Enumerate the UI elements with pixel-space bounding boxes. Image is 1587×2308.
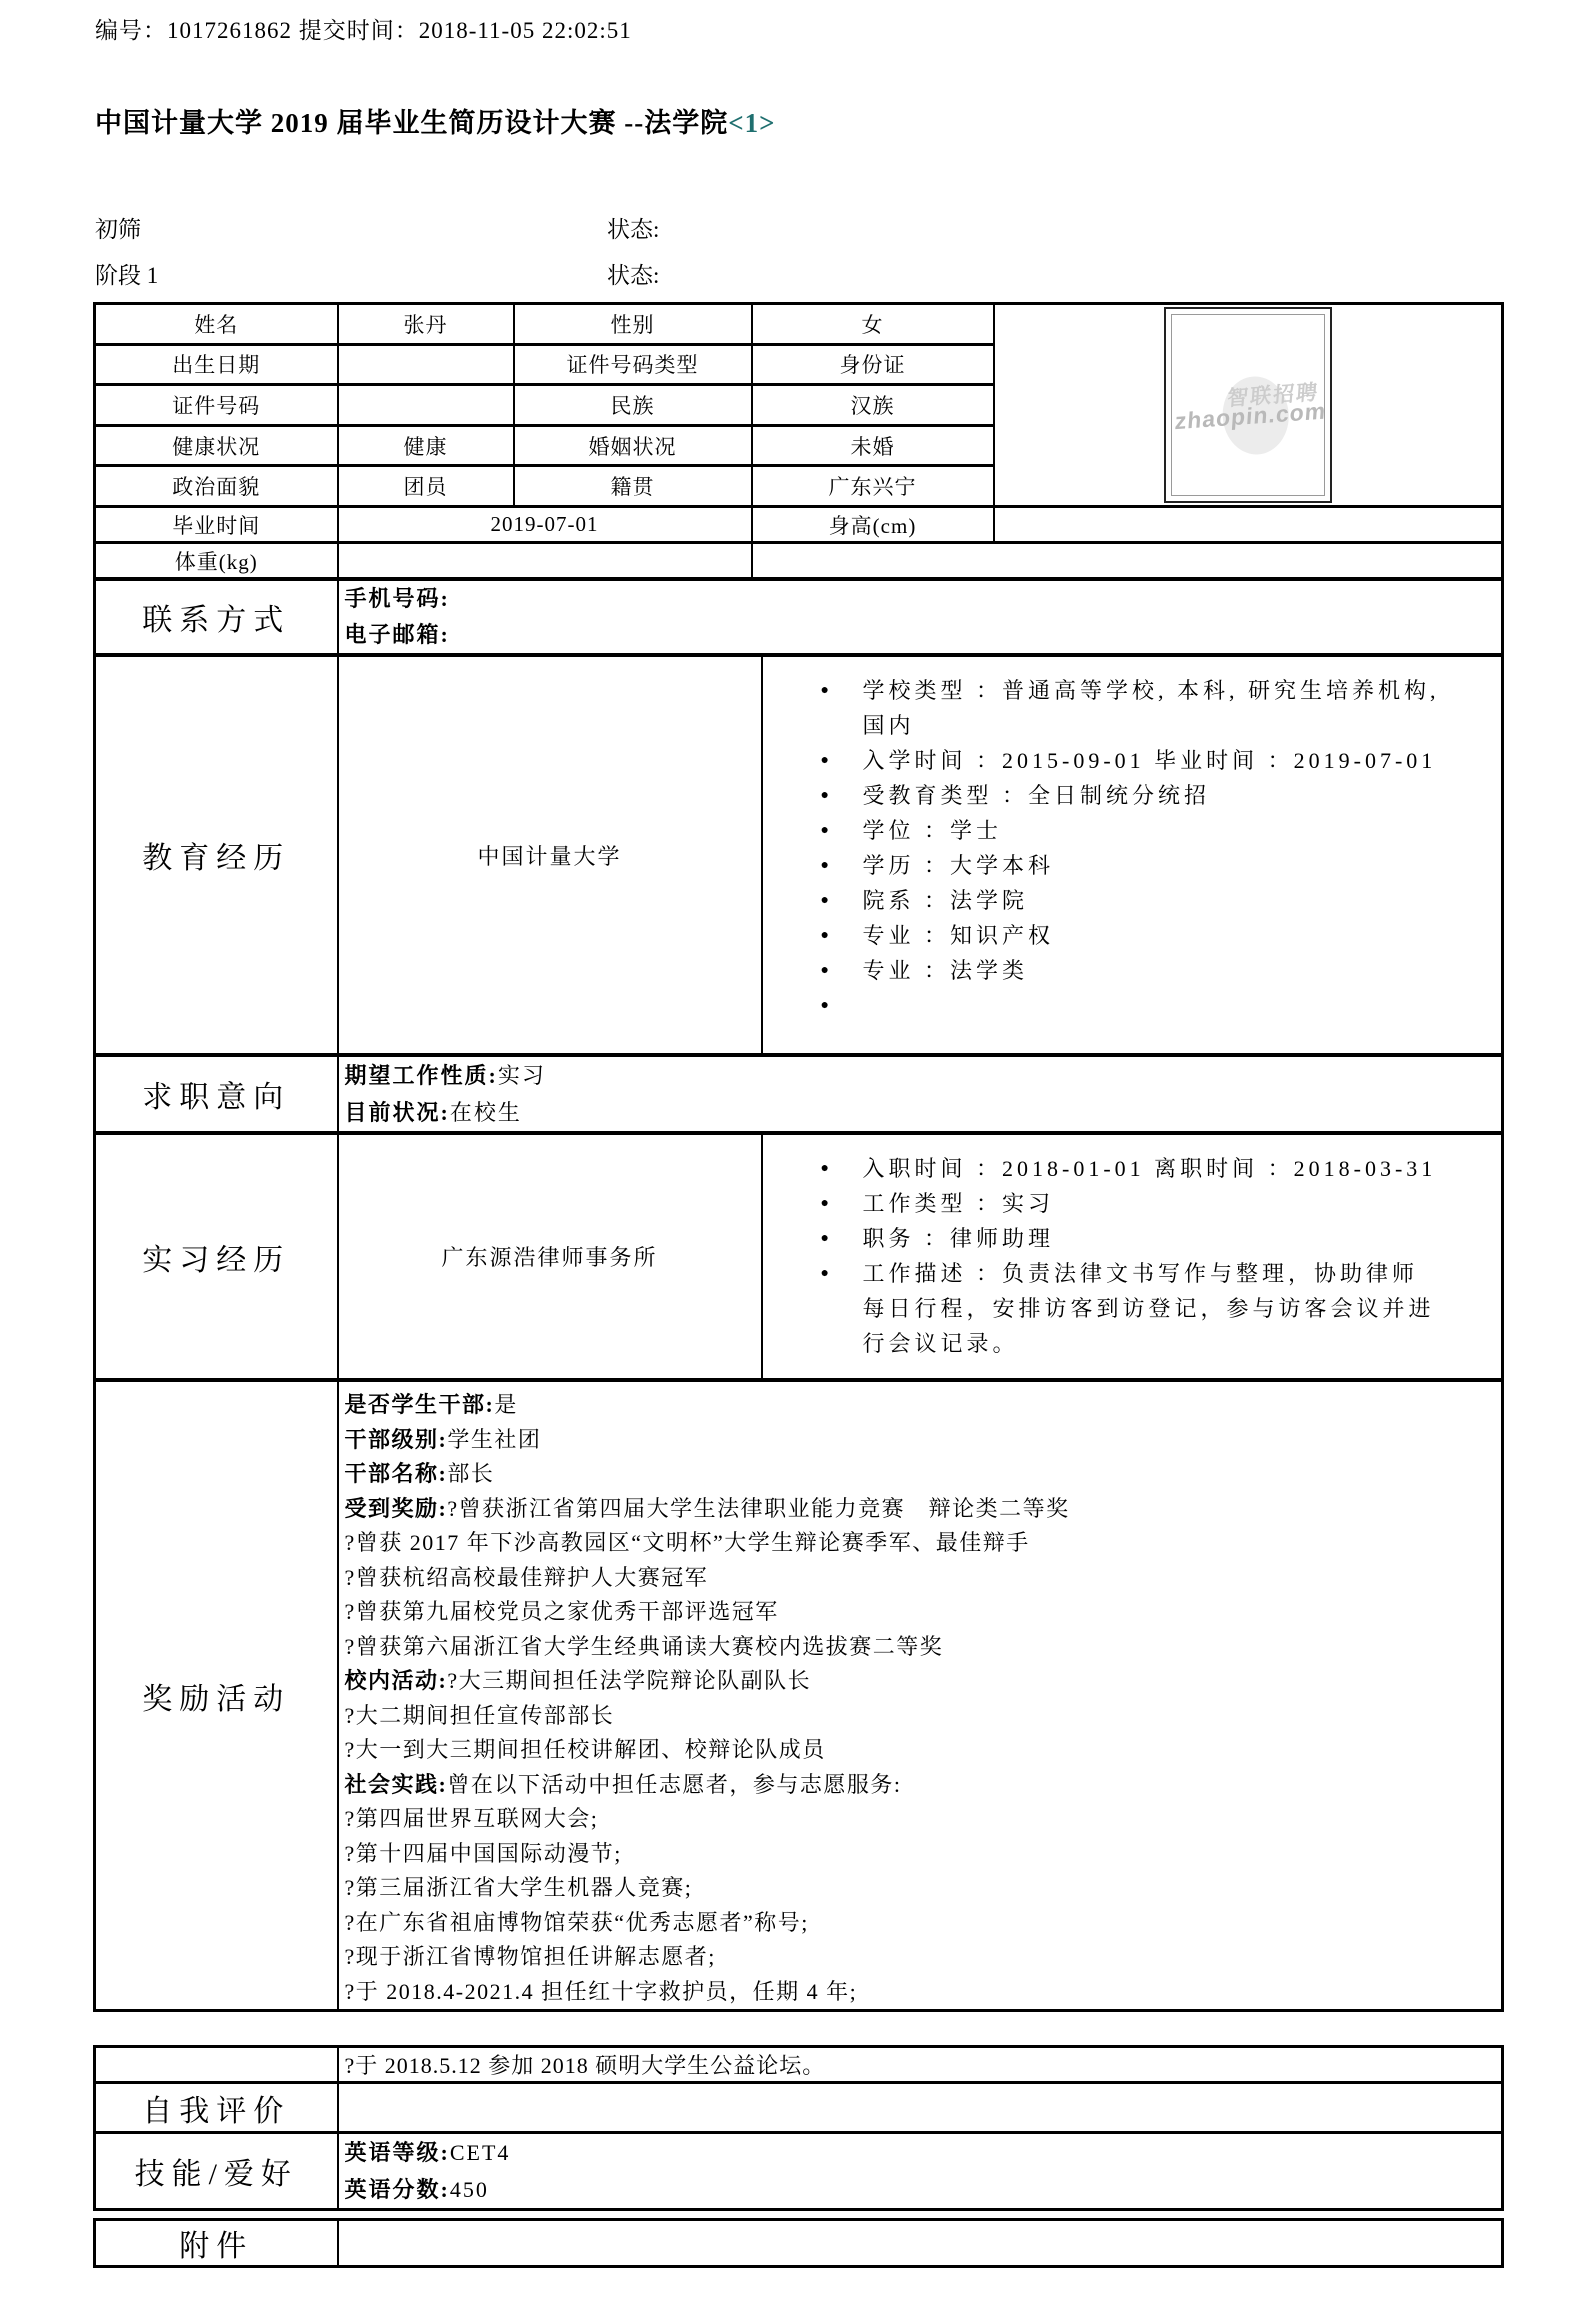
summary-table: ?于 2018.5.12 参加 2018 硕明大学生公益论坛。 自我评价 技能/… bbox=[93, 2045, 1504, 2211]
politics-value: 团员 bbox=[338, 466, 514, 507]
ethnic-label: 民族 bbox=[514, 385, 752, 426]
education-details-cell: 学校类型 ：普通高等学校, 本科, 研究生培养机构, 国内 入学时间 ：2015… bbox=[762, 656, 1503, 1055]
grad-label: 毕业时间 bbox=[95, 507, 338, 543]
list-item: 职务 ：律师助理 bbox=[763, 1221, 1502, 1256]
height-label: 身高(cm) bbox=[752, 507, 994, 543]
table-row: 姓名 张丹 性别 女 智联招聘 zhaopin.com bbox=[95, 304, 1503, 345]
awards-line-text: ?现于浙江省博物馆担任讲解志愿者; bbox=[345, 1944, 716, 1969]
list-item: 院系 ：法学院 bbox=[763, 883, 1502, 918]
education-school: 中国计量大学 bbox=[338, 656, 762, 1055]
intention-section-label: 求职意向 bbox=[95, 1056, 338, 1133]
list-item: 专业 ：知识产权 bbox=[763, 918, 1502, 953]
round2-label: 阶段 1 bbox=[95, 257, 607, 290]
marriage-label: 婚姻状况 bbox=[514, 425, 752, 466]
round1-status: 状态: bbox=[607, 211, 659, 244]
status-row-1: 初筛 状态: bbox=[95, 204, 1587, 250]
weight-extra-cell bbox=[752, 543, 1503, 579]
awards-line-text: ?第四届世界互联网大会; bbox=[345, 1806, 599, 1831]
personal-info-table: 姓名 张丹 性别 女 智联招聘 zhaopin.com 出生日期 证件号码类型 … bbox=[93, 302, 1504, 580]
awards-line: ?现于浙江省博物馆担任讲解志愿者; bbox=[345, 1940, 1496, 1975]
awards-line: ?曾获杭绍高校最佳辩护人大赛冠军 bbox=[345, 1561, 1496, 1596]
awards-line: ?第十四届中国国际动漫节; bbox=[345, 1837, 1496, 1872]
internship-section-label: 实习经历 bbox=[95, 1134, 338, 1380]
awards-line: 干部级别:学生社团 bbox=[345, 1423, 1496, 1458]
zhaopin-watermark: 智联招聘 zhaopin.com bbox=[1171, 375, 1325, 434]
awards-line: ?大二期间担任宣传部部长 bbox=[345, 1699, 1496, 1734]
awards-continuation-text: ?于 2018.5.12 参加 2018 硕明大学生公益论坛。 bbox=[338, 2047, 1503, 2083]
skills-section-label: 技能/爱好 bbox=[95, 2133, 338, 2210]
awards-line: ?曾获 2017 年下沙高教园区“文明杯”大学生辩论赛季军、最佳辩手 bbox=[345, 1526, 1496, 1561]
continuation-empty-cell bbox=[95, 2047, 338, 2083]
list-item bbox=[763, 988, 1502, 1023]
list-item: 工作类型 ：实习 bbox=[763, 1186, 1502, 1221]
skill-line-label: 英语等级: bbox=[345, 2140, 450, 2165]
internship-bullet-list: 入职时间 ：2018-01-01 离职时间 ：2018-03-31 工作类型 ：… bbox=[763, 1135, 1502, 1361]
awards-line-label: 是否学生干部: bbox=[345, 1392, 495, 1417]
intention-line-value: 实习 bbox=[498, 1063, 546, 1088]
awards-line-text: ?于 2018.4-2021.4 担任红十字救护员，任期 4 年; bbox=[345, 1979, 858, 2004]
gender-value: 女 bbox=[752, 304, 994, 345]
awards-line: 社会实践:曾在以下活动中担任志愿者，参与志愿服务: bbox=[345, 1768, 1496, 1803]
page-title-suffix: <1> bbox=[728, 108, 775, 138]
awards-line-text: ?曾获第九届校党员之家优秀干部评选冠军 bbox=[345, 1599, 779, 1624]
section-gap bbox=[0, 2211, 1587, 2218]
birth-value bbox=[338, 344, 514, 385]
education-bullet-list: 学校类型 ：普通高等学校, 本科, 研究生培养机构, 国内 入学时间 ：2015… bbox=[763, 657, 1502, 1023]
intention-line-value: 在校生 bbox=[450, 1100, 522, 1125]
name-label: 姓名 bbox=[95, 304, 338, 345]
self-eval-content-cell bbox=[338, 2083, 1503, 2133]
round1-label: 初筛 bbox=[95, 211, 607, 244]
table-row: 毕业时间 2019-07-01 身高(cm) bbox=[95, 507, 1503, 543]
education-section-label: 教育经历 bbox=[95, 656, 338, 1055]
awards-section-label: 奖励活动 bbox=[95, 1381, 338, 2011]
internship-table: 实习经历 广东源浩律师事务所 入职时间 ：2018-01-01 离职时间 ：20… bbox=[93, 1132, 1504, 1381]
awards-line-label: 社会实践: bbox=[345, 1772, 448, 1797]
awards-line-text: ?大三期间担任法学院辩论队副队长 bbox=[447, 1668, 811, 1693]
id-no-label: 证件号码 bbox=[95, 385, 338, 426]
list-item: 学校类型 ：普通高等学校, 本科, 研究生培养机构, 国内 bbox=[763, 673, 1502, 743]
table-row: 实习经历 广东源浩律师事务所 入职时间 ：2018-01-01 离职时间 ：20… bbox=[95, 1134, 1503, 1380]
photo-placeholder: 智联招聘 zhaopin.com bbox=[1164, 307, 1332, 503]
awards-line: 是否学生干部:是 bbox=[345, 1388, 1496, 1423]
birth-label: 出生日期 bbox=[95, 344, 338, 385]
table-row: 技能/爱好 英语等级:CET4 英语分数:450 bbox=[95, 2133, 1503, 2210]
watermark-en-text: zhaopin.com bbox=[1174, 397, 1325, 435]
awards-line-label: 干部名称: bbox=[345, 1461, 448, 1486]
table-row: 附件 bbox=[95, 2220, 1503, 2267]
list-item: 学历 ：大学本科 bbox=[763, 848, 1502, 883]
awards-line-label: 校内活动: bbox=[345, 1668, 448, 1693]
hometown-value: 广东兴宁 bbox=[752, 466, 994, 507]
awards-line: 受到奖励:?曾获浙江省第四届大学生法律职业能力竞赛 辩论类二等奖 bbox=[345, 1492, 1496, 1527]
list-item: 专业 ：法学类 bbox=[763, 953, 1502, 988]
ethnic-value: 汉族 bbox=[752, 385, 994, 426]
health-label: 健康状况 bbox=[95, 425, 338, 466]
awards-line-label: 干部级别: bbox=[345, 1427, 448, 1452]
awards-line: ?在广东省祖庙博物馆荣获“优秀志愿者”称号; bbox=[345, 1906, 1496, 1941]
table-row: 奖励活动 是否学生干部:是 干部级别:学生社团 干部名称:部长 受到奖励:?曾获… bbox=[95, 1381, 1503, 2011]
list-item: 工作描述 ：负责法律文书写作与整理，协助律师每日行程，安排访客到访登记，参与访客… bbox=[763, 1256, 1502, 1361]
intention-content-cell: 期望工作性质:实习 目前状况:在校生 bbox=[338, 1056, 1503, 1133]
round2-status: 状态: bbox=[607, 257, 659, 290]
photo-cell: 智联招聘 zhaopin.com bbox=[994, 304, 1503, 507]
awards-line: ?于 2018.4-2021.4 担任红十字救护员，任期 4 年; bbox=[345, 1975, 1496, 2010]
skill-line: 英语等级:CET4 bbox=[345, 2134, 1496, 2171]
skill-line-value: 450 bbox=[450, 2177, 489, 2202]
marriage-value: 未婚 bbox=[752, 425, 994, 466]
id-type-label: 证件号码类型 bbox=[514, 344, 752, 385]
attachment-content-cell bbox=[338, 2220, 1503, 2267]
awards-table: 奖励活动 是否学生干部:是 干部级别:学生社团 干部名称:部长 受到奖励:?曾获… bbox=[93, 1379, 1504, 2012]
skill-line-value: CET4 bbox=[450, 2140, 511, 2165]
awards-content-cell: 是否学生干部:是 干部级别:学生社团 干部名称:部长 受到奖励:?曾获浙江省第四… bbox=[338, 1381, 1503, 2011]
awards-line-text: ?大一到大三期间担任校讲解团、校辩论队成员 bbox=[345, 1737, 826, 1762]
table-row: 自我评价 bbox=[95, 2083, 1503, 2133]
page-title: 中国计量大学 2019 届毕业生简历设计大赛 --法学院<1> bbox=[95, 101, 1587, 140]
education-table: 教育经历 中国计量大学 学校类型 ：普通高等学校, 本科, 研究生培养机构, 国… bbox=[93, 654, 1504, 1056]
internship-company: 广东源浩律师事务所 bbox=[338, 1134, 762, 1380]
weight-label: 体重(kg) bbox=[95, 543, 338, 579]
politics-label: 政治面貌 bbox=[95, 466, 338, 507]
list-item: 学位 ：学士 bbox=[763, 813, 1502, 848]
contact-table: 联系方式 手机号码: 电子邮箱: bbox=[93, 578, 1504, 656]
contact-content-cell: 手机号码: 电子邮箱: bbox=[338, 580, 1503, 655]
list-item: 入学时间 ：2015-09-01 毕业时间 ：2019-07-01 bbox=[763, 743, 1502, 778]
photo-frame: 智联招聘 zhaopin.com bbox=[1171, 314, 1325, 496]
awards-line: ?大一到大三期间担任校讲解团、校辩论队成员 bbox=[345, 1733, 1496, 1768]
id-type-value: 身份证 bbox=[752, 344, 994, 385]
gender-label: 性别 bbox=[514, 304, 752, 345]
awards-line-text: 是 bbox=[494, 1392, 518, 1417]
table-row: 联系方式 手机号码: 电子邮箱: bbox=[95, 580, 1503, 655]
email-label: 电子邮箱: bbox=[345, 617, 1496, 653]
id-no-value bbox=[338, 385, 514, 426]
awards-line-text: ?第三届浙江省大学生机器人竞赛; bbox=[345, 1875, 693, 1900]
list-item: 入职时间 ：2018-01-01 离职时间 ：2018-03-31 bbox=[763, 1151, 1502, 1186]
height-value bbox=[994, 507, 1503, 543]
health-value: 健康 bbox=[338, 425, 514, 466]
awards-line: ?曾获第九届校党员之家优秀干部评选冠军 bbox=[345, 1595, 1496, 1630]
list-item: 受教育类型 ：全日制统分统招 bbox=[763, 778, 1502, 813]
grad-value: 2019-07-01 bbox=[338, 507, 752, 543]
awards-line-text: 学生社团 bbox=[447, 1427, 541, 1452]
awards-line-text: ?曾获第六届浙江省大学生经典诵读大赛校内选拔赛二等奖 bbox=[345, 1634, 944, 1659]
self-eval-section-label: 自我评价 bbox=[95, 2083, 338, 2133]
attachment-section-label: 附件 bbox=[95, 2220, 338, 2267]
section-gap bbox=[0, 2012, 1587, 2045]
skills-content-cell: 英语等级:CET4 英语分数:450 bbox=[338, 2133, 1503, 2210]
table-row: ?于 2018.5.12 参加 2018 硕明大学生公益论坛。 bbox=[95, 2047, 1503, 2083]
awards-line: 校内活动:?大三期间担任法学院辩论队副队长 bbox=[345, 1664, 1496, 1699]
intention-line-label: 期望工作性质: bbox=[345, 1063, 498, 1088]
weight-value bbox=[338, 543, 752, 579]
review-status-block: 初筛 状态: 阶段 1 状态: bbox=[95, 204, 1587, 296]
intention-line: 期望工作性质:实习 bbox=[345, 1057, 1496, 1094]
intention-table: 求职意向 期望工作性质:实习 目前状况:在校生 bbox=[93, 1054, 1504, 1134]
attachment-table: 附件 bbox=[93, 2218, 1504, 2268]
intention-line: 目前状况:在校生 bbox=[345, 1094, 1496, 1131]
awards-line-text: ?在广东省祖庙博物馆荣获“优秀志愿者”称号; bbox=[345, 1910, 809, 1935]
awards-line-text: ?曾获浙江省第四届大学生法律职业能力竞赛 辩论类二等奖 bbox=[447, 1496, 1069, 1521]
contact-section-label: 联系方式 bbox=[95, 580, 338, 655]
awards-line-text: ?大二期间担任宣传部部长 bbox=[345, 1703, 615, 1728]
skill-line-label: 英语分数: bbox=[345, 2177, 450, 2202]
phone-label: 手机号码: bbox=[345, 581, 1496, 617]
awards-line: ?曾获第六届浙江省大学生经典诵读大赛校内选拔赛二等奖 bbox=[345, 1630, 1496, 1665]
table-row: 教育经历 中国计量大学 学校类型 ：普通高等学校, 本科, 研究生培养机构, 国… bbox=[95, 656, 1503, 1055]
name-value: 张丹 bbox=[338, 304, 514, 345]
awards-line-text: 部长 bbox=[447, 1461, 494, 1486]
skill-line: 英语分数:450 bbox=[345, 2171, 1496, 2208]
awards-line-text: ?曾获 2017 年下沙高教园区“文明杯”大学生辩论赛季军、最佳辩手 bbox=[345, 1530, 1030, 1555]
submission-meta: 编号：1017261862 提交时间：2018-11-05 22:02:51 bbox=[95, 12, 1587, 45]
awards-line-text: ?第十四届中国国际动漫节; bbox=[345, 1841, 622, 1866]
awards-line: ?第四届世界互联网大会; bbox=[345, 1802, 1496, 1837]
intention-line-label: 目前状况: bbox=[345, 1100, 450, 1125]
awards-line-label: 受到奖励: bbox=[345, 1496, 448, 1521]
hometown-label: 籍贯 bbox=[514, 466, 752, 507]
awards-line-text: ?曾获杭绍高校最佳辩护人大赛冠军 bbox=[345, 1565, 709, 1590]
table-row: 求职意向 期望工作性质:实习 目前状况:在校生 bbox=[95, 1056, 1503, 1133]
internship-details-cell: 入职时间 ：2018-01-01 离职时间 ：2018-03-31 工作类型 ：… bbox=[762, 1134, 1503, 1380]
table-row: 体重(kg) bbox=[95, 543, 1503, 579]
awards-line: 干部名称:部长 bbox=[345, 1457, 1496, 1492]
awards-line: ?第三届浙江省大学生机器人竞赛; bbox=[345, 1871, 1496, 1906]
status-row-2: 阶段 1 状态: bbox=[95, 250, 1587, 296]
page-title-main: 中国计量大学 2019 届毕业生简历设计大赛 --法学院 bbox=[95, 108, 728, 138]
awards-line-text: 曾在以下活动中担任志愿者，参与志愿服务: bbox=[447, 1772, 901, 1797]
